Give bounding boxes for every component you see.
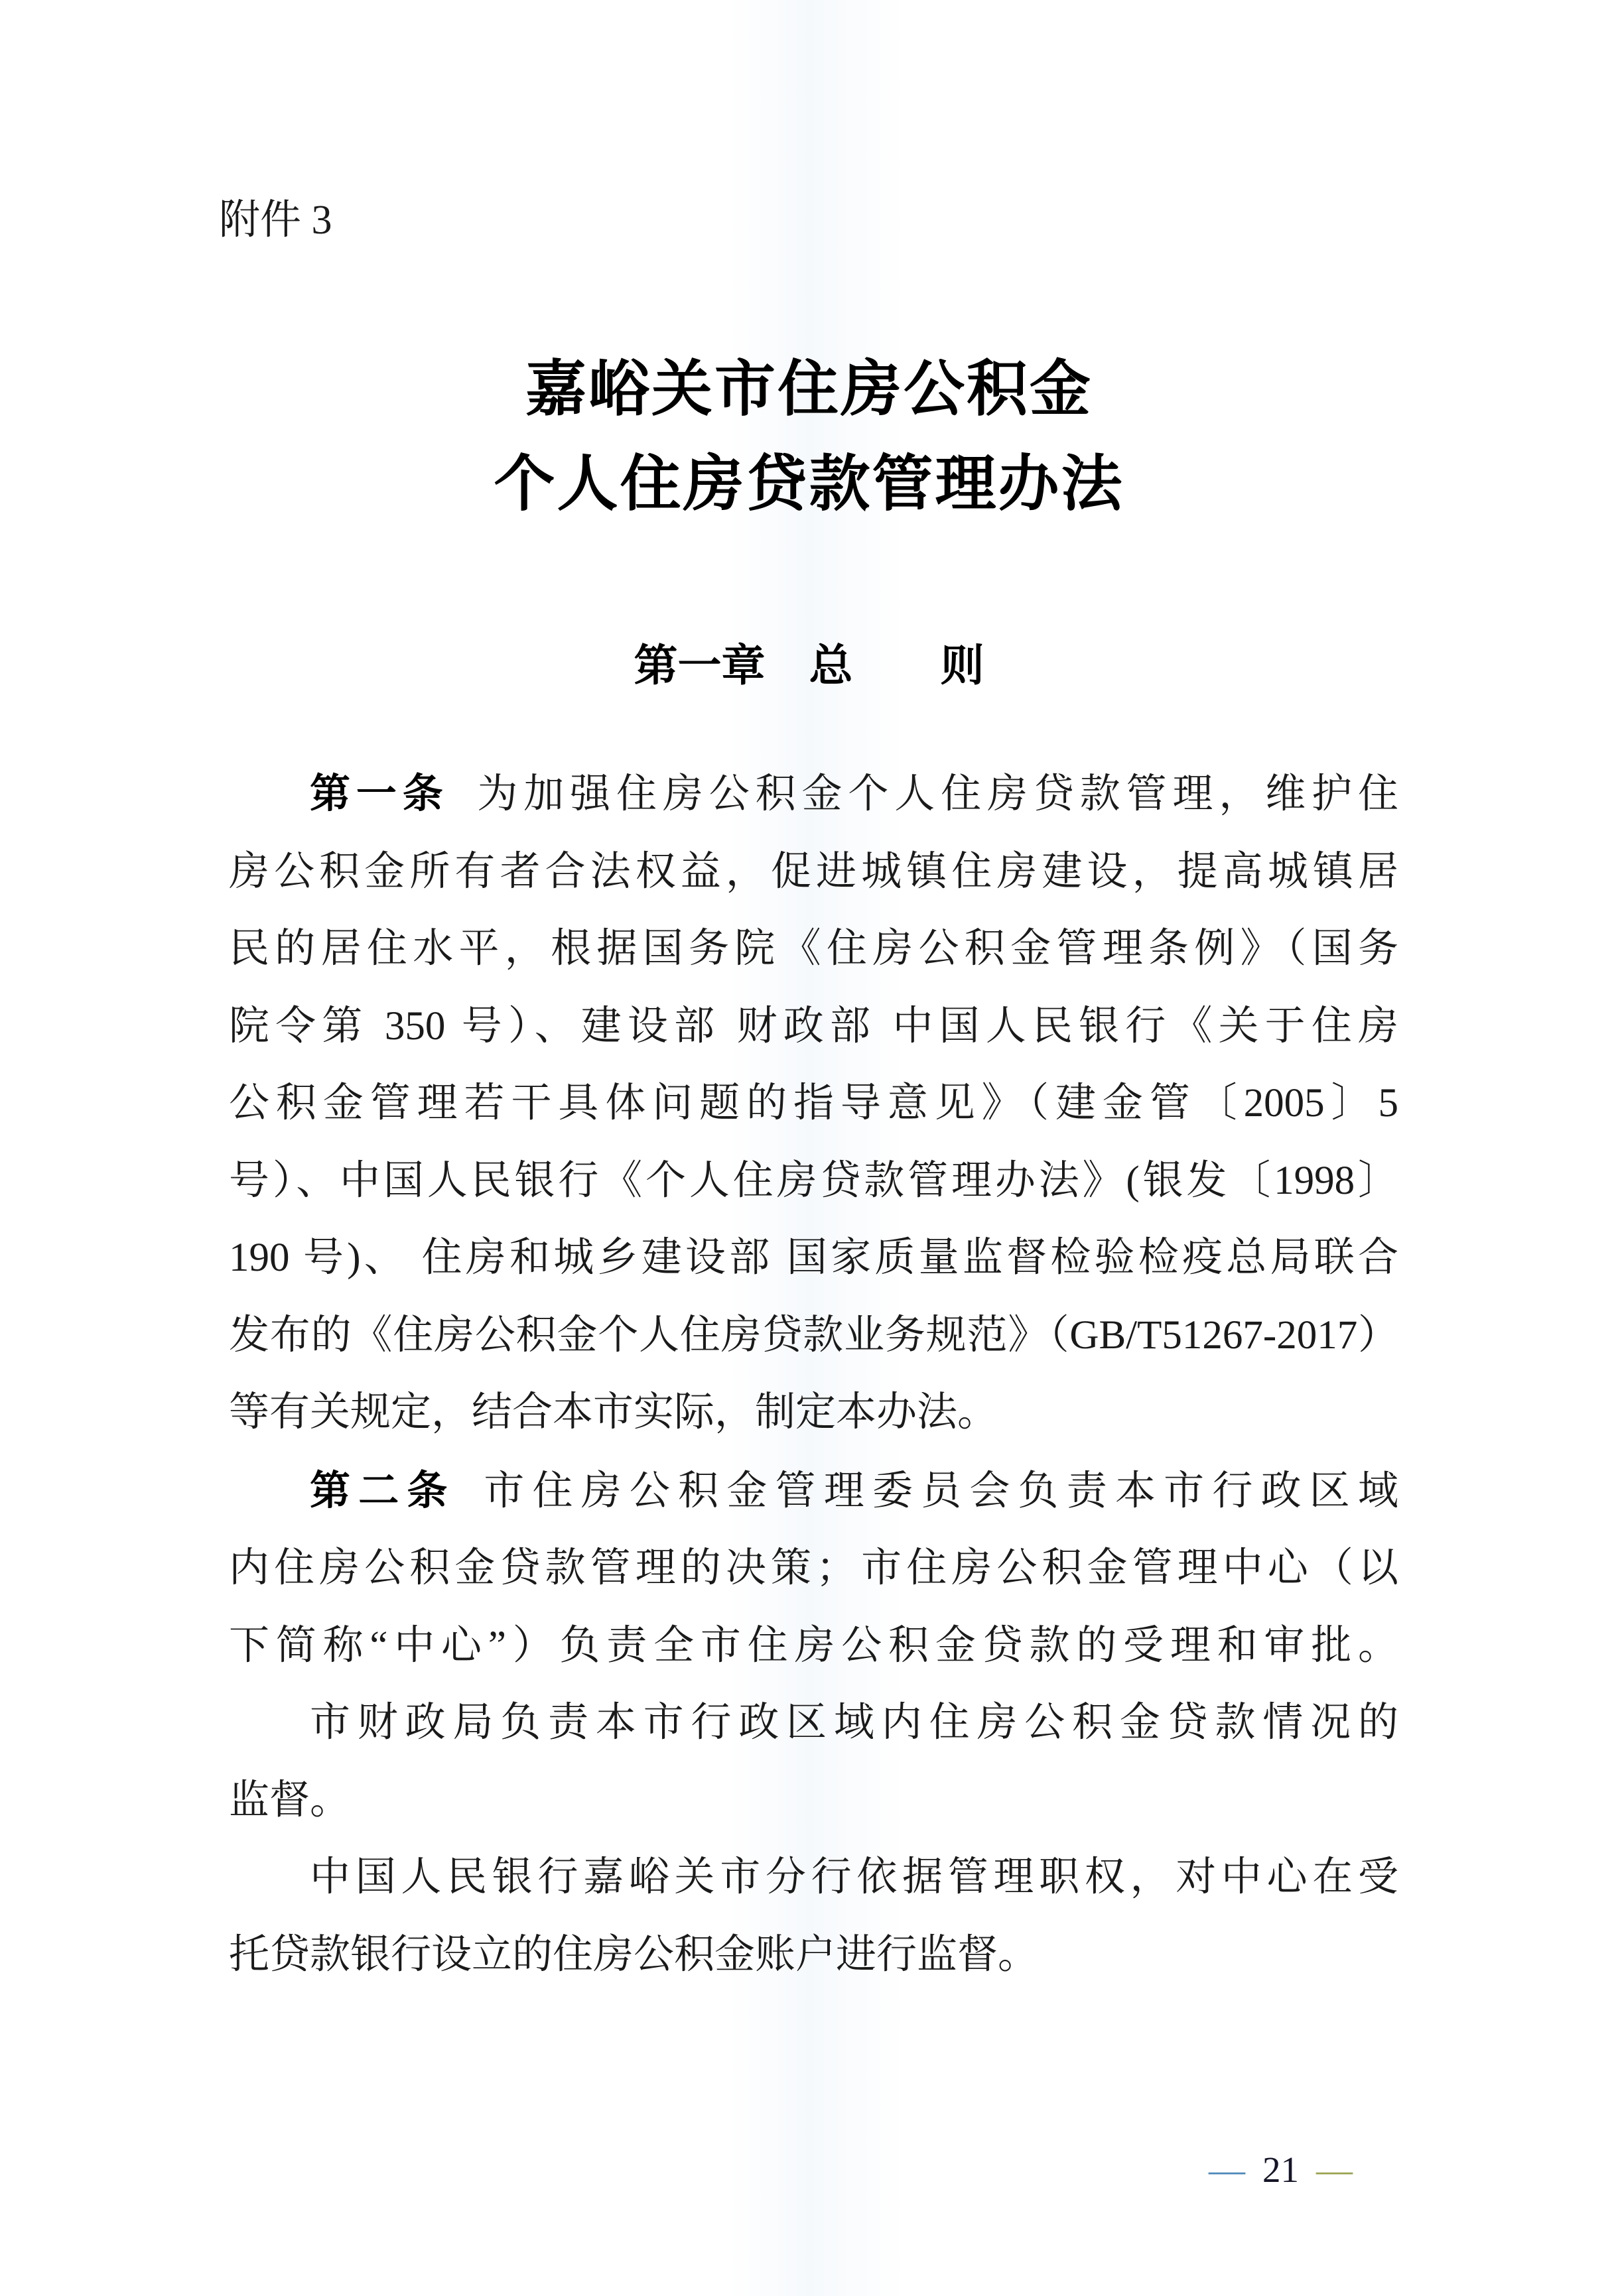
line-text: 市财政局负责本市行政区域内住房公积金贷款情况的 bbox=[310, 1700, 1398, 1745]
body-line: 发布的《住房公积金个人住房贷款业务规范》（GB/T51267-2017） bbox=[229, 1297, 1398, 1375]
line-text: 托贷款银行设立的住房公积金账户进行监督。 bbox=[229, 1933, 1038, 1977]
attachment-label: 附件 3 bbox=[219, 196, 332, 244]
body-line: 房公积金所有者合法权益，促进城镇住房建设，提高城镇居 bbox=[229, 834, 1398, 911]
document-title-line1: 嘉峪关市住房公积金 bbox=[0, 342, 1618, 437]
body-line: 内住房公积金贷款管理的决策；市住房公积金管理中心（以 bbox=[229, 1530, 1398, 1608]
page-number-dash-left: — bbox=[1209, 2149, 1245, 2191]
line-text: 下简称“中心”）负责全市住房公积金贷款的受理和审批。 bbox=[229, 1624, 1398, 1668]
line-text: 院令第 350 号）、建设部 财政部 中国人民银行《关于住房 bbox=[229, 1004, 1398, 1049]
document-title: 嘉峪关市住房公积金 个人住房贷款管理办法 bbox=[0, 342, 1618, 532]
line-text: 发布的《住房公积金个人住房贷款业务规范》（GB/T51267-2017） bbox=[229, 1313, 1398, 1358]
article-number: 第二条 bbox=[310, 1468, 456, 1513]
line-text: 为加强住房公积金个人住房贷款管理，维护住 bbox=[477, 772, 1398, 816]
body-line: 190 号)、 住房和城乡建设部 国家质量监督检验检疫总局联合 bbox=[229, 1220, 1398, 1297]
body-line: 号）、中国人民银行《个人住房贷款管理办法》(银发〔1998〕 bbox=[229, 1143, 1398, 1220]
page-number-dash-right: — bbox=[1316, 2149, 1353, 2191]
page-number-value: 21 bbox=[1262, 2149, 1299, 2191]
line-text: 民的居住水平，根据国务院《住房公积金管理条例》（国务 bbox=[229, 926, 1398, 971]
document-title-line2: 个人住房贷款管理办法 bbox=[0, 437, 1618, 532]
line-text: 中国人民银行嘉峪关市分行依据管理职权，对中心在受 bbox=[310, 1855, 1398, 1899]
chapter-heading: 第一章 总 则 bbox=[0, 633, 1618, 697]
body-line: 公积金管理若干具体问题的指导意见》（建金管〔2005〕5 bbox=[229, 1065, 1398, 1143]
body-line: 第二条市住房公积金管理委员会负责本市行政区域 bbox=[229, 1452, 1398, 1531]
body-line: 托贷款银行设立的住房公积金账户进行监督。 bbox=[229, 1917, 1398, 1994]
document-body: 第一条为加强住房公积金个人住房贷款管理，维护住 房公积金所有者合法权益，促进城镇… bbox=[229, 755, 1398, 1994]
body-line: 第一条为加强住房公积金个人住房贷款管理，维护住 bbox=[229, 755, 1398, 834]
line-text: 公积金管理若干具体问题的指导意见》（建金管〔2005〕5 bbox=[229, 1081, 1398, 1125]
document-page: 附件 3 嘉峪关市住房公积金 个人住房贷款管理办法 第一章 总 则 第一条为加强… bbox=[0, 0, 1618, 2296]
body-line: 中国人民银行嘉峪关市分行依据管理职权，对中心在受 bbox=[229, 1839, 1398, 1917]
body-line: 下简称“中心”）负责全市住房公积金贷款的受理和审批。 bbox=[229, 1608, 1398, 1685]
body-line: 监督。 bbox=[229, 1762, 1398, 1840]
line-text: 监督。 bbox=[229, 1778, 350, 1822]
line-text: 房公积金所有者合法权益，促进城镇住房建设，提高城镇居 bbox=[229, 850, 1398, 894]
body-line: 院令第 350 号）、建设部 财政部 中国人民银行《关于住房 bbox=[229, 988, 1398, 1066]
line-text: 等有关规定，结合本市实际，制定本办法。 bbox=[229, 1390, 998, 1435]
body-line: 民的居住水平，根据国务院《住房公积金管理条例》（国务 bbox=[229, 911, 1398, 988]
line-text: 内住房公积金贷款管理的决策；市住房公积金管理中心（以 bbox=[229, 1546, 1398, 1590]
body-line: 市财政局负责本市行政区域内住房公积金贷款情况的 bbox=[229, 1685, 1398, 1762]
line-text: 190 号)、 住房和城乡建设部 国家质量监督检验检疫总局联合 bbox=[229, 1236, 1398, 1280]
line-text: 市住房公积金管理委员会负责本市行政区域 bbox=[484, 1469, 1398, 1513]
page-number: — 21 — bbox=[1209, 2149, 1353, 2191]
article-number: 第一条 bbox=[310, 771, 449, 816]
line-text: 号）、中国人民银行《个人住房贷款管理办法》(银发〔1998〕 bbox=[229, 1159, 1398, 1203]
body-line: 等有关规定，结合本市实际，制定本办法。 bbox=[229, 1374, 1398, 1452]
